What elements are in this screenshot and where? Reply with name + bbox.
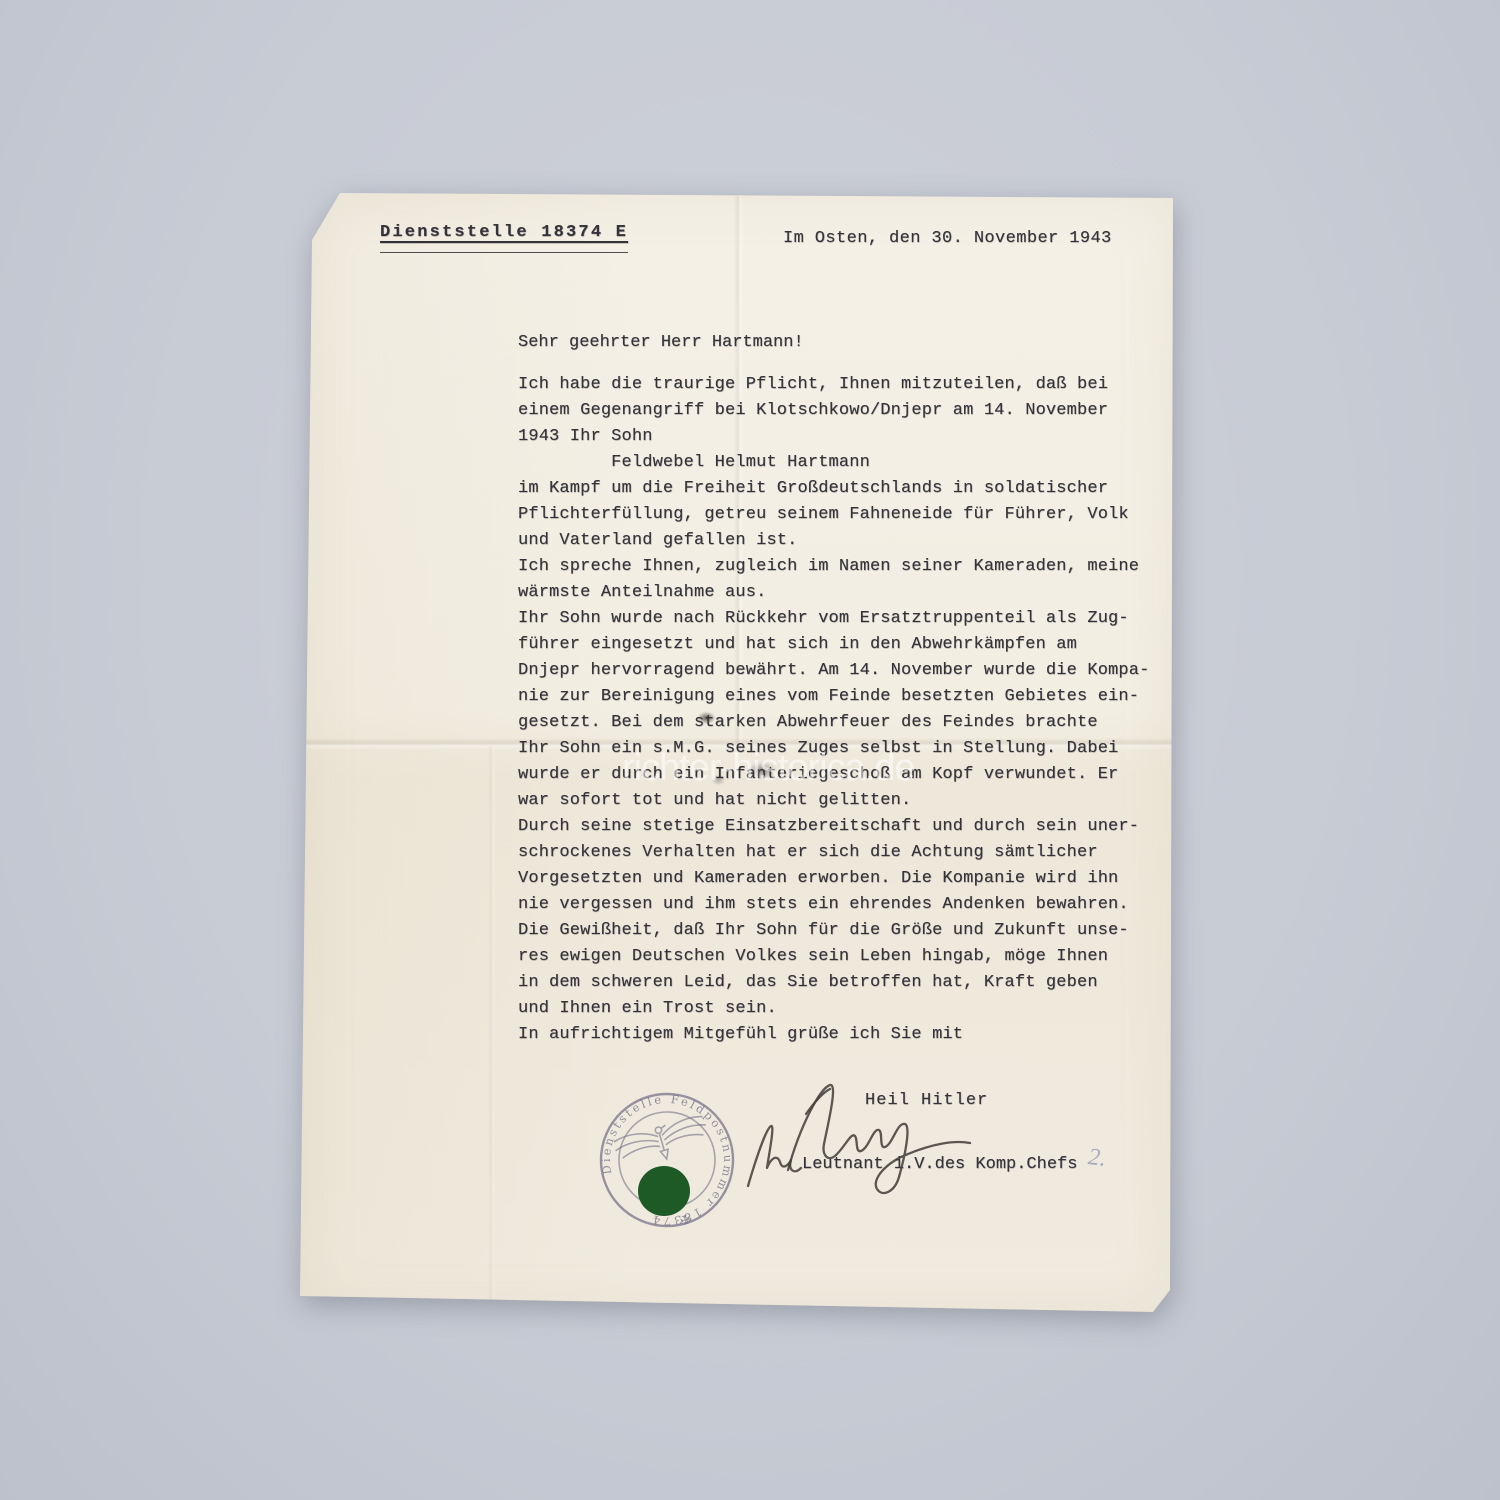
watermark: richter-historica.de: [622, 747, 915, 790]
letterhead-reference: Dienststelle 18374 E: [380, 220, 628, 253]
fold-crease-vertical-bottom: [488, 746, 496, 1306]
salutation: Sehr geehrter Herr Hartmann!: [518, 330, 804, 356]
photograph-background: Dienststelle 18374 E Im Osten, den 30. N…: [0, 0, 1500, 1500]
censor-dot: [638, 1166, 690, 1216]
handwritten-signature: [770, 1070, 1110, 1200]
letter-body: Ich habe die traurige Pflicht, Ihnen mit…: [518, 372, 1149, 1048]
feldpost-stamp: Dienststelle Feldpostnummer 18374 ✠: [568, 1061, 766, 1259]
dateline: Im Osten, den 30. November 1943: [783, 226, 1112, 252]
handwritten-rank-prefix: [740, 1118, 812, 1196]
